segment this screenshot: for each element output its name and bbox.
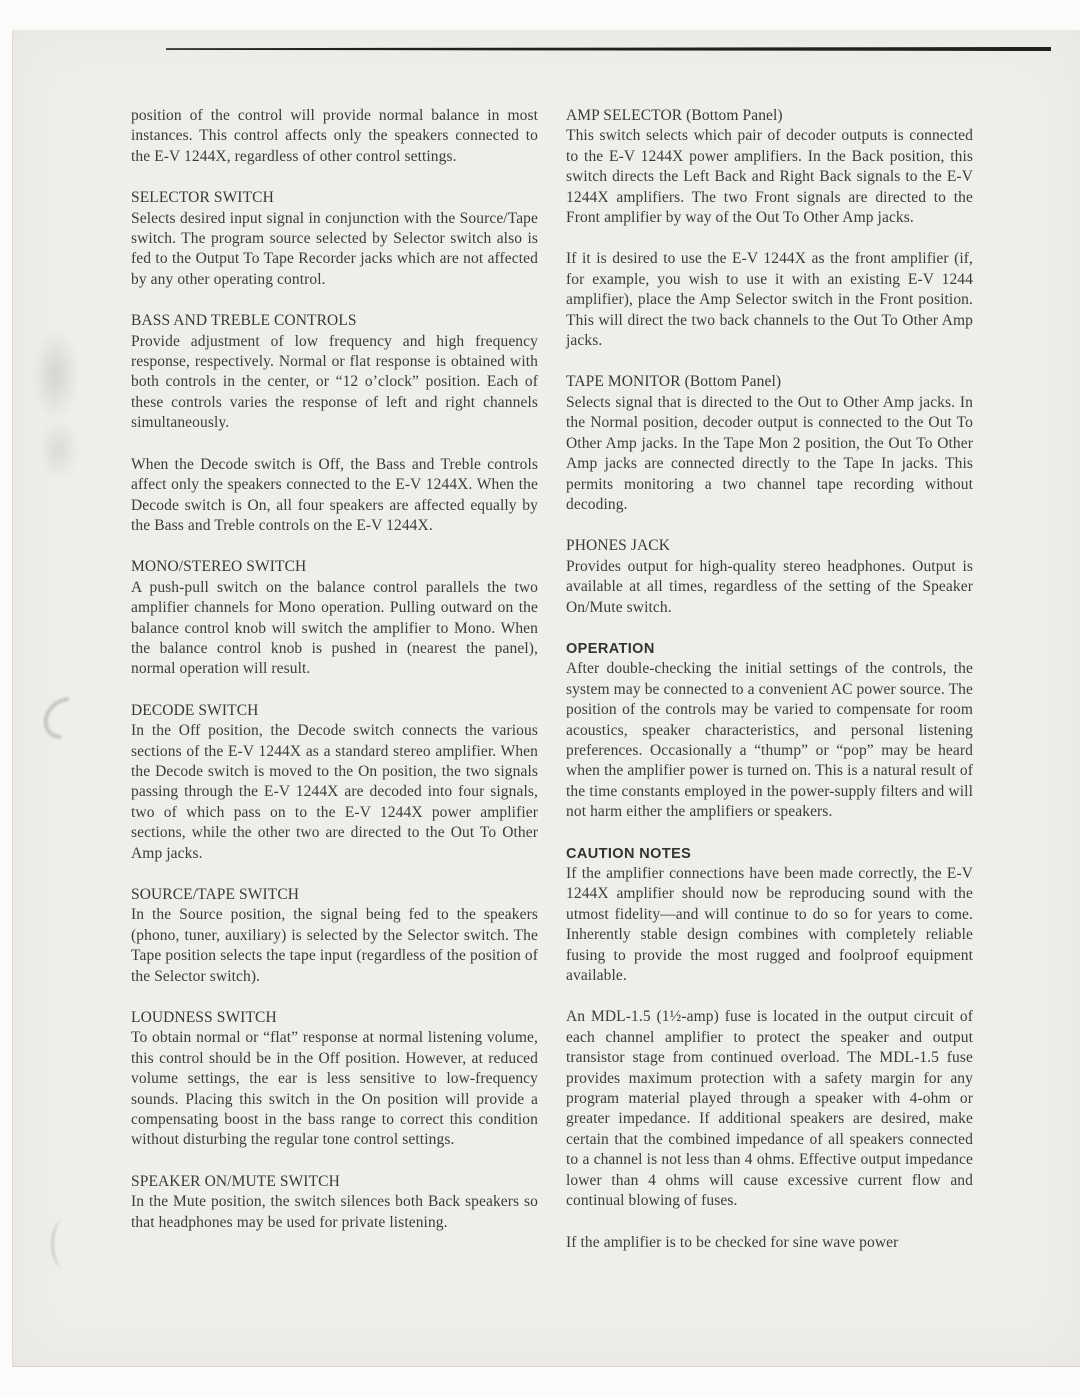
section-heading: OPERATION xyxy=(566,639,973,659)
section-heading: TAPE MONITOR (Bottom Panel) xyxy=(566,372,973,392)
left-text-column: position of the control will provide nor… xyxy=(131,106,538,1254)
section-heading: SELECTOR SWITCH xyxy=(131,188,538,208)
doc-section: SPEAKER ON/MUTE SWITCHIn the Mute positi… xyxy=(131,1172,538,1233)
paragraph: Provide adjustment of low frequency and … xyxy=(131,332,538,434)
doc-section: AMP SELECTOR (Bottom Panel)This switch s… xyxy=(566,106,973,351)
scan-smudge xyxy=(39,420,79,480)
doc-section: position of the control will provide nor… xyxy=(131,106,538,167)
doc-section: DECODE SWITCHIn the Off position, the De… xyxy=(131,701,538,864)
paragraph: A push-pull switch on the balance contro… xyxy=(131,578,538,680)
paragraph: Selects signal that is directed to the O… xyxy=(566,393,973,515)
doc-section: PHONES JACKProvides output for high-qual… xyxy=(566,536,973,618)
section-heading: MONO/STEREO SWITCH xyxy=(131,557,538,577)
paragraph: This switch selects which pair of decode… xyxy=(566,126,973,228)
top-divider-rule xyxy=(166,47,1051,51)
paragraph: In the Mute position, the switch silence… xyxy=(131,1192,538,1233)
paragraph: Selects desired input signal in conjunct… xyxy=(131,209,538,291)
doc-section: MONO/STEREO SWITCHA push-pull switch on … xyxy=(131,557,538,679)
doc-section: CAUTION NOTESIf the amplifier connection… xyxy=(566,844,973,1253)
doc-section: LOUDNESS SWITCHTo obtain normal or “flat… xyxy=(131,1008,538,1151)
paragraph: To obtain normal or “flat” response at n… xyxy=(131,1028,538,1150)
paren-stain-mark xyxy=(51,1220,76,1268)
section-heading: CAUTION NOTES xyxy=(566,844,973,864)
doc-section: SELECTOR SWITCHSelects desired input sig… xyxy=(131,188,538,290)
paragraph: If it is desired to use the E-V 1244X as… xyxy=(566,249,973,351)
section-heading: LOUDNESS SWITCH xyxy=(131,1008,538,1028)
section-heading: DECODE SWITCH xyxy=(131,701,538,721)
paragraph: After double-checking the initial settin… xyxy=(566,659,973,822)
scan-smudge xyxy=(33,330,79,420)
section-heading: BASS AND TREBLE CONTROLS xyxy=(131,311,538,331)
section-heading: PHONES JACK xyxy=(566,536,973,556)
doc-section: TAPE MONITOR (Bottom Panel)Selects signa… xyxy=(566,372,973,515)
paragraph: Provides output for high-quality stereo … xyxy=(566,557,973,618)
section-heading: AMP SELECTOR (Bottom Panel) xyxy=(566,106,973,126)
paragraph: If the amplifier connections have been m… xyxy=(566,864,973,986)
right-text-column: AMP SELECTOR (Bottom Panel)This switch s… xyxy=(566,106,973,1274)
doc-section: OPERATIONAfter double-checking the initi… xyxy=(566,639,973,823)
doc-section: SOURCE/TAPE SWITCHIn the Source position… xyxy=(131,885,538,987)
paragraph: When the Decode switch is Off, the Bass … xyxy=(131,455,538,537)
section-heading: SPEAKER ON/MUTE SWITCH xyxy=(131,1172,538,1192)
manual-page: position of the control will provide nor… xyxy=(12,30,1080,1367)
paragraph: If the amplifier is to be checked for si… xyxy=(566,1233,973,1253)
paragraph: In the Source position, the signal being… xyxy=(131,905,538,987)
paragraph: position of the control will provide nor… xyxy=(131,106,538,167)
paragraph: An MDL-1.5 (1½-amp) fuse is located in t… xyxy=(566,1007,973,1211)
paragraph: In the Off position, the Decode switch c… xyxy=(131,721,538,864)
crescent-stain-mark xyxy=(35,688,95,747)
doc-section: BASS AND TREBLE CONTROLSProvide adjustme… xyxy=(131,311,538,536)
section-heading: SOURCE/TAPE SWITCH xyxy=(131,885,538,905)
